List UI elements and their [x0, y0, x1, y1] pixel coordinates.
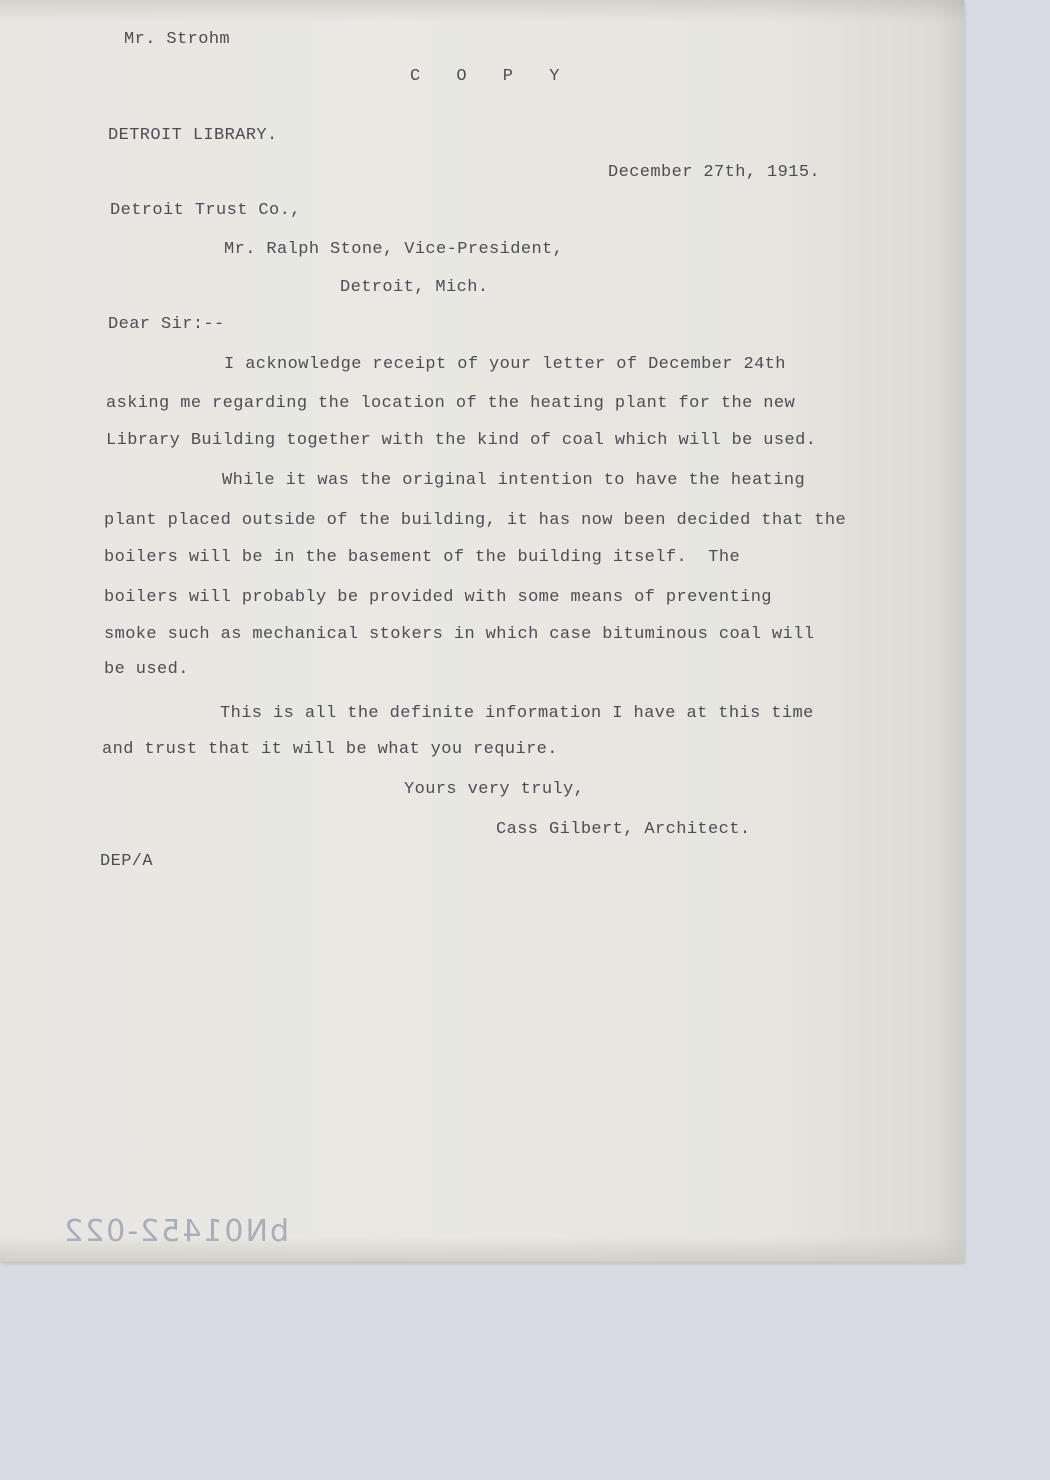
- paragraph-1-line: asking me regarding the location of the …: [106, 394, 795, 414]
- address-company: Detroit Trust Co.,: [110, 201, 301, 221]
- letter-date: December 27th, 1915.: [608, 163, 820, 183]
- paragraph-2-line: plant placed outside of the building, it…: [104, 511, 846, 531]
- paragraph-1-line: I acknowledge receipt of your letter of …: [224, 355, 786, 375]
- paragraph-2-line: boilers will probably be provided with s…: [104, 588, 772, 608]
- project-title: DETROIT LIBRARY.: [108, 126, 278, 146]
- paragraph-1-line: Library Building together with the kind …: [106, 431, 816, 451]
- paragraph-2-line: boilers will be in the basement of the b…: [104, 548, 740, 568]
- closing: Yours very truly,: [404, 780, 584, 800]
- copy-label: C O P Y: [410, 67, 572, 87]
- recipient-note: Mr. Strohm: [124, 30, 230, 50]
- address-attention: Mr. Ralph Stone, Vice-President,: [224, 240, 563, 260]
- archival-pencil-mark: bN01452-022: [62, 1214, 289, 1249]
- paragraph-3-line: This is all the definite information I h…: [220, 704, 814, 724]
- typist-initials: DEP/A: [100, 852, 153, 872]
- paragraph-2-line: be used.: [104, 660, 189, 680]
- address-city: Detroit, Mich.: [340, 278, 488, 298]
- paragraph-2-line: smoke such as mechanical stokers in whic…: [104, 625, 814, 645]
- letter-page: Mr. Strohm C O P Y DETROIT LIBRARY. Dece…: [0, 0, 964, 1262]
- signature: Cass Gilbert, Architect.: [496, 820, 750, 840]
- salutation: Dear Sir:--: [108, 315, 225, 335]
- paragraph-3-line: and trust that it will be what you requi…: [102, 740, 558, 760]
- paragraph-2-line: While it was the original intention to h…: [222, 471, 805, 491]
